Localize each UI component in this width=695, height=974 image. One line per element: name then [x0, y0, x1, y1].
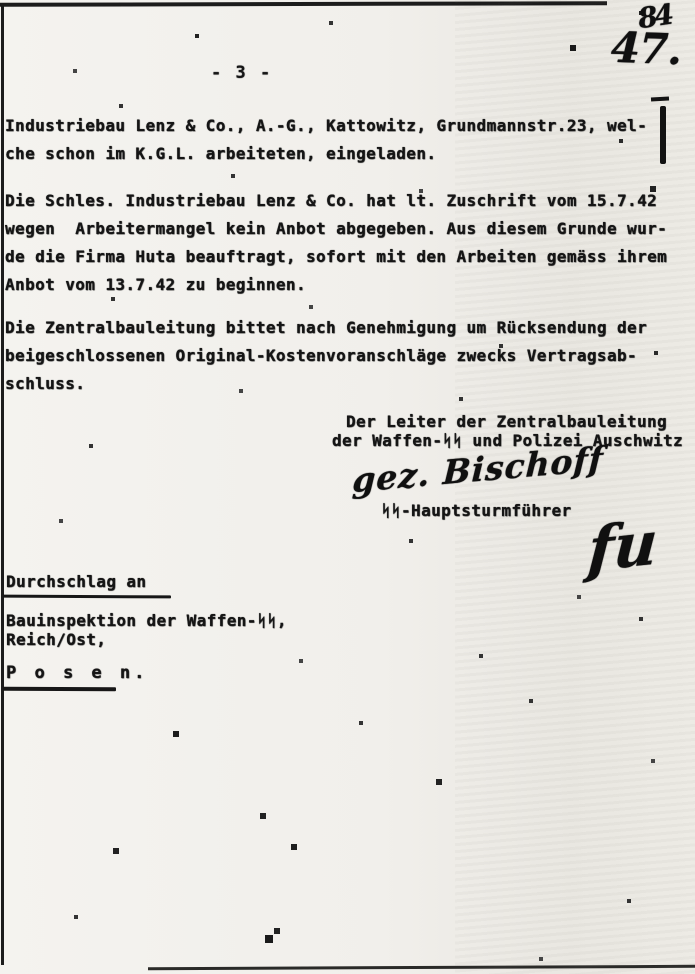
scan-edge-bottom: [148, 965, 695, 970]
distribution-city-underline: [3, 687, 116, 691]
handwritten-paraph-initial: fu: [586, 508, 660, 586]
scan-edge-left: [1, 5, 4, 965]
signature-title: Der Leiter der Zentralbauleitung der Waf…: [332, 413, 692, 450]
signature-rank: ᛋᛋ-Hauptsturmführer: [381, 502, 572, 521]
handwritten-corner-number: 47.: [610, 23, 682, 74]
scan-edge-top: [0, 1, 607, 7]
distribution-heading-underline: [3, 595, 171, 599]
distribution-recipient: Bauinspektion der Waffen-ᛋᛋ, Reich/Ost,: [6, 612, 287, 649]
page-number: - 3 -: [211, 63, 272, 83]
scan-speckles: [0, 0, 2, 2]
paragraph-schles-industriebau: Die Schles. Industriebau Lenz & Co. hat …: [5, 187, 677, 299]
scanned-document-page: - 3 - 84 47. Industriebau Lenz & Co., A.…: [0, 0, 695, 974]
paragraph-zentralbauleitung-request: Die Zentralbauleitung bittet nach Genehm…: [5, 314, 677, 398]
distribution-heading: Durchschlag an: [6, 573, 146, 592]
paragraph-industriebau-lenz: Industriebau Lenz & Co., A.-G., Kattowit…: [5, 112, 677, 168]
margin-emphasis-dash: [651, 97, 669, 102]
distribution-city: P o s e n.: [6, 664, 148, 683]
